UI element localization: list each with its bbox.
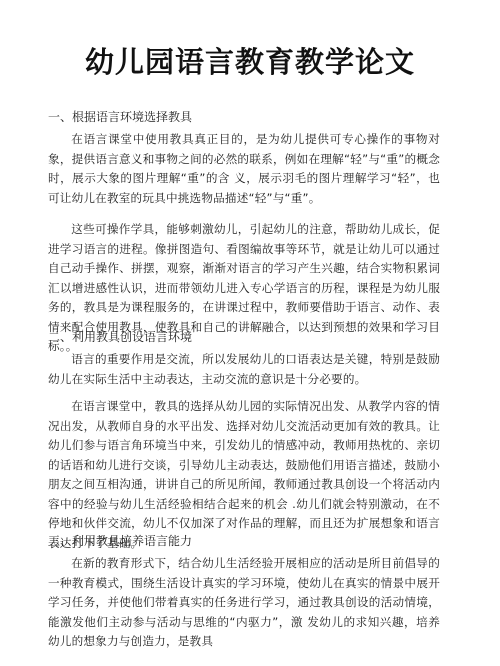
- paragraph: 语言的重要作用是交流，所以发展幼儿的口语表达是关键，特别是鼓励幼儿在实际生活中主…: [48, 350, 440, 389]
- section-heading: 三、利用教具培养语言能力: [48, 532, 440, 550]
- paragraph: 在新的教育形式下，结合幼儿生活经验开展相应的活动是所目前倡导的一种教育模式，围绕…: [48, 554, 440, 652]
- paragraph: 在语言课堂中使用教具真正目的，是为幼儿提供可专心操作的事物对象，提供语言意义和事…: [48, 130, 440, 208]
- section-3: 三、利用教具培养语言能力 在新的教育形式下，结合幼儿生活经验开展相应的活动是所目…: [48, 532, 440, 652]
- document-title: 幼儿园语言教育教学论文: [0, 40, 500, 81]
- section-heading: 一、根据语言环境选择教具: [48, 108, 440, 126]
- section-heading: 二、利用教具创设语言环境: [48, 328, 440, 346]
- document-page: 幼儿园语言教育教学论文 一、根据语言环境选择教具 在语言课堂中使用教具真正目的，…: [0, 0, 500, 666]
- paragraph: 在语言课堂中，教具的选择从幼儿园的实际情况出发、从教学内容的情况出发，从教师自身…: [48, 397, 440, 553]
- section-2: 二、利用教具创设语言环境 语言的重要作用是交流，所以发展幼儿的口语表达是关键，特…: [48, 328, 440, 553]
- section-1: 一、根据语言环境选择教具 在语言课堂中使用教具真正目的，是为幼儿提供可专心操作的…: [48, 108, 440, 357]
